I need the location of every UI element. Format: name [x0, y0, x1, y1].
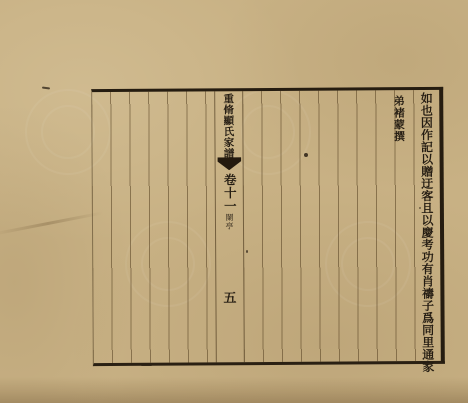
- page-edge-shadow: [0, 377, 468, 403]
- signature-column: 弟褚蒙撰: [391, 95, 406, 142]
- page-number: 五: [223, 287, 236, 306]
- ink-speck: [42, 87, 50, 90]
- book-title: 重脩顯氏家譜: [221, 93, 236, 158]
- main-text-column: 如也因作記以贈迂客且以慶考功有肖禱子爲同里通家: [419, 92, 437, 373]
- hall-mark: 闌亭: [224, 213, 235, 230]
- banxin-column: 重脩顯氏家譜 卷十一 闌亭 五: [214, 91, 245, 362]
- ink-speck: [141, 363, 152, 366]
- column-grid-left: [92, 91, 216, 363]
- volume-label: 卷十一: [220, 173, 238, 212]
- print-frame: 重脩顯氏家譜 卷十一 闌亭 五 如也因作記以贈迂客且以慶考功有肖禱子爲同里通家 …: [91, 87, 445, 366]
- scanned-book-page: 重脩顯氏家譜 卷十一 闌亭 五 如也因作記以贈迂客且以慶考功有肖禱子爲同里通家 …: [0, 0, 468, 403]
- ink-speck: [304, 153, 308, 157]
- paper-crease: [0, 211, 103, 235]
- fishtail-mark: [217, 157, 241, 170]
- ink-speck: [419, 207, 421, 209]
- ink-speck: [246, 250, 248, 253]
